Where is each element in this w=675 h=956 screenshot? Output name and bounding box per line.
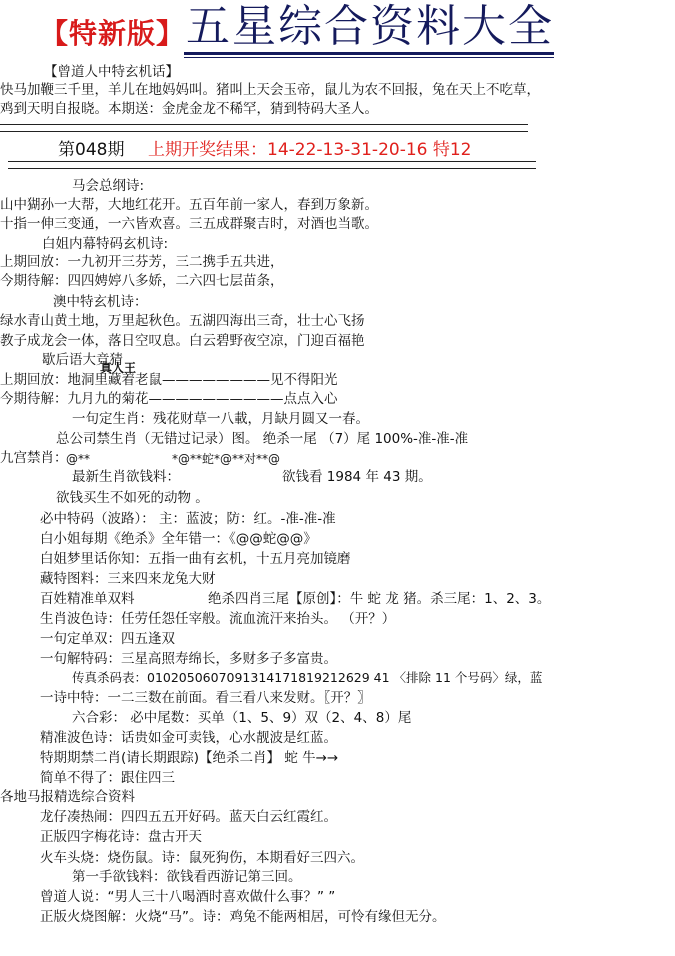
- text-line: 六合彩： 必中尾数：买单（1、5、9）双（2、4、8）尾: [72, 708, 411, 728]
- text-line: 正版火烧图解：火烧“马”。诗：鸡兔不能两相居，可怜有缘但无分。: [40, 907, 446, 927]
- text-line-label: 九宫禁肖：: [0, 448, 68, 468]
- text-line-value: *@**蛇*@**对**@: [172, 449, 280, 469]
- text-line: 生肖波色诗：任劳任怨任宰般。流血流汗来抬头。 （开？）: [40, 609, 395, 629]
- text-line: 上期回放：一九初开三芬芳，三二携手五共进，: [0, 252, 284, 272]
- title-underline: [184, 52, 554, 58]
- text-line: 传真杀码表：0102050607091314171819212629 41 〈排…: [72, 668, 542, 688]
- text-line: 正版四字梅花诗：盘古开天: [40, 827, 202, 847]
- text-line: 藏特图料：三来四来龙兔大财: [40, 569, 216, 589]
- text-line: 白小姐每期《绝杀》全年错一：《@@蛇@@》: [40, 529, 317, 549]
- text-line: 今期待解：九月九的菊花——————————点点入心: [0, 389, 338, 409]
- text-line-value: @**: [66, 449, 90, 469]
- last-draw-result: 上期开奖结果：14-22-13-31-20-16 特12: [148, 135, 472, 160]
- section-heading: 各地马报精选综合资料: [0, 787, 135, 807]
- text-line: 曾道人说：“男人三十八喝酒时喜欢做什么事？” ”: [40, 887, 335, 907]
- text-line: 火车头烧：烧伤鼠。诗：鼠死狗伤，本期看好三四六。: [40, 848, 364, 868]
- text-line: 欲钱买生不如死的动物 。: [56, 488, 209, 508]
- section-heading: 澳中特玄机诗：: [53, 292, 148, 312]
- intro-heading: 【曾道人中特玄机话】: [44, 62, 179, 82]
- text-line: 总公司禁生肖（无错过记录）图。 绝杀一尾 （7）尾 100%-准-准-准: [56, 429, 468, 449]
- text-line: 必中特码（波路）： 主：蓝波；防：红。-准-准-准: [40, 509, 336, 529]
- text-line: 上期回放：地洞里藏着老鼠————————见不得阳光: [0, 370, 338, 390]
- text-line: 精准波色诗：话贵如金可卖钱，心水靓波是红蓝。: [40, 728, 337, 748]
- text-line: 一句解特码：三星高照寿绵长，多财多子多富贵。: [40, 649, 337, 669]
- text-line: 第一手欲钱料：欲钱看西游记第三回。: [72, 867, 302, 887]
- issue-number: 第048期: [58, 135, 124, 160]
- intro-line-2: 鸡到天明自报晓。本期送：金虎金龙不稀罕，猜到特码大圣人。: [0, 99, 378, 119]
- text-line: 一句定生肖：残花财草一八載，月缺月圆又一春。: [72, 409, 369, 429]
- edition-badge: 【特新版】: [40, 12, 185, 52]
- text-line: 龙仔凑热闹：四四五五开好码。蓝天白云红霞红。: [40, 807, 337, 827]
- text-line-label: 百姓精准单双料: [40, 589, 135, 609]
- text-line: 绿水青山黄土地，万里起秋色。五湖四海出三奇，壮士心飞扬: [0, 311, 365, 331]
- separator-bottom: [8, 161, 536, 169]
- text-line: 教子成龙会一体，落日空叹息。白云碧野夜空凉，门迎百福艳: [0, 331, 365, 351]
- text-line-value: 欲钱看 1984 年 43 期。: [282, 467, 432, 487]
- section-heading: 白姐内幕特码玄机诗:: [42, 234, 168, 254]
- text-line-label: 最新生肖欲钱料：: [72, 467, 180, 487]
- page-title: 五星综合资料大全: [186, 2, 554, 52]
- section-heading: 马会总纲诗:: [72, 176, 144, 196]
- text-line: 今期待解：四四娉婷八多娇，二六四七层苗条，: [0, 271, 284, 291]
- text-line-value: 绝杀四肖三尾【原创】：牛 蛇 龙 猪。杀三尾：1、2、3。: [208, 589, 550, 609]
- text-line: 山中猢孙一大帮，大地红花开。五百年前一家人，春到万象新。: [0, 195, 378, 215]
- text-line: 特期期禁二肖(请长期跟踪)【绝杀二肖】 蛇 牛→→: [40, 748, 338, 768]
- text-line: 一句定单双：四五逢双: [40, 629, 175, 649]
- text-line: 十指一伸三变通，一六皆欢喜。三五成群聚吉时，对酒也当歌。: [0, 214, 378, 234]
- intro-line-1: 快马加鞭三千里，羊儿在地妈妈叫。猪叫上天会玉帝，鼠儿为农不回报，兔在天上不吃草，: [0, 80, 540, 100]
- text-line: 一诗中特：一二三数在前面。看三看八来发财。〖开？〗: [40, 688, 371, 708]
- text-line: 简单不得了：跟住四三: [40, 768, 175, 788]
- separator-top: [0, 124, 528, 132]
- text-line: 白姐梦里话你知：五指一曲有玄机，十五月亮加镜磨: [40, 549, 351, 569]
